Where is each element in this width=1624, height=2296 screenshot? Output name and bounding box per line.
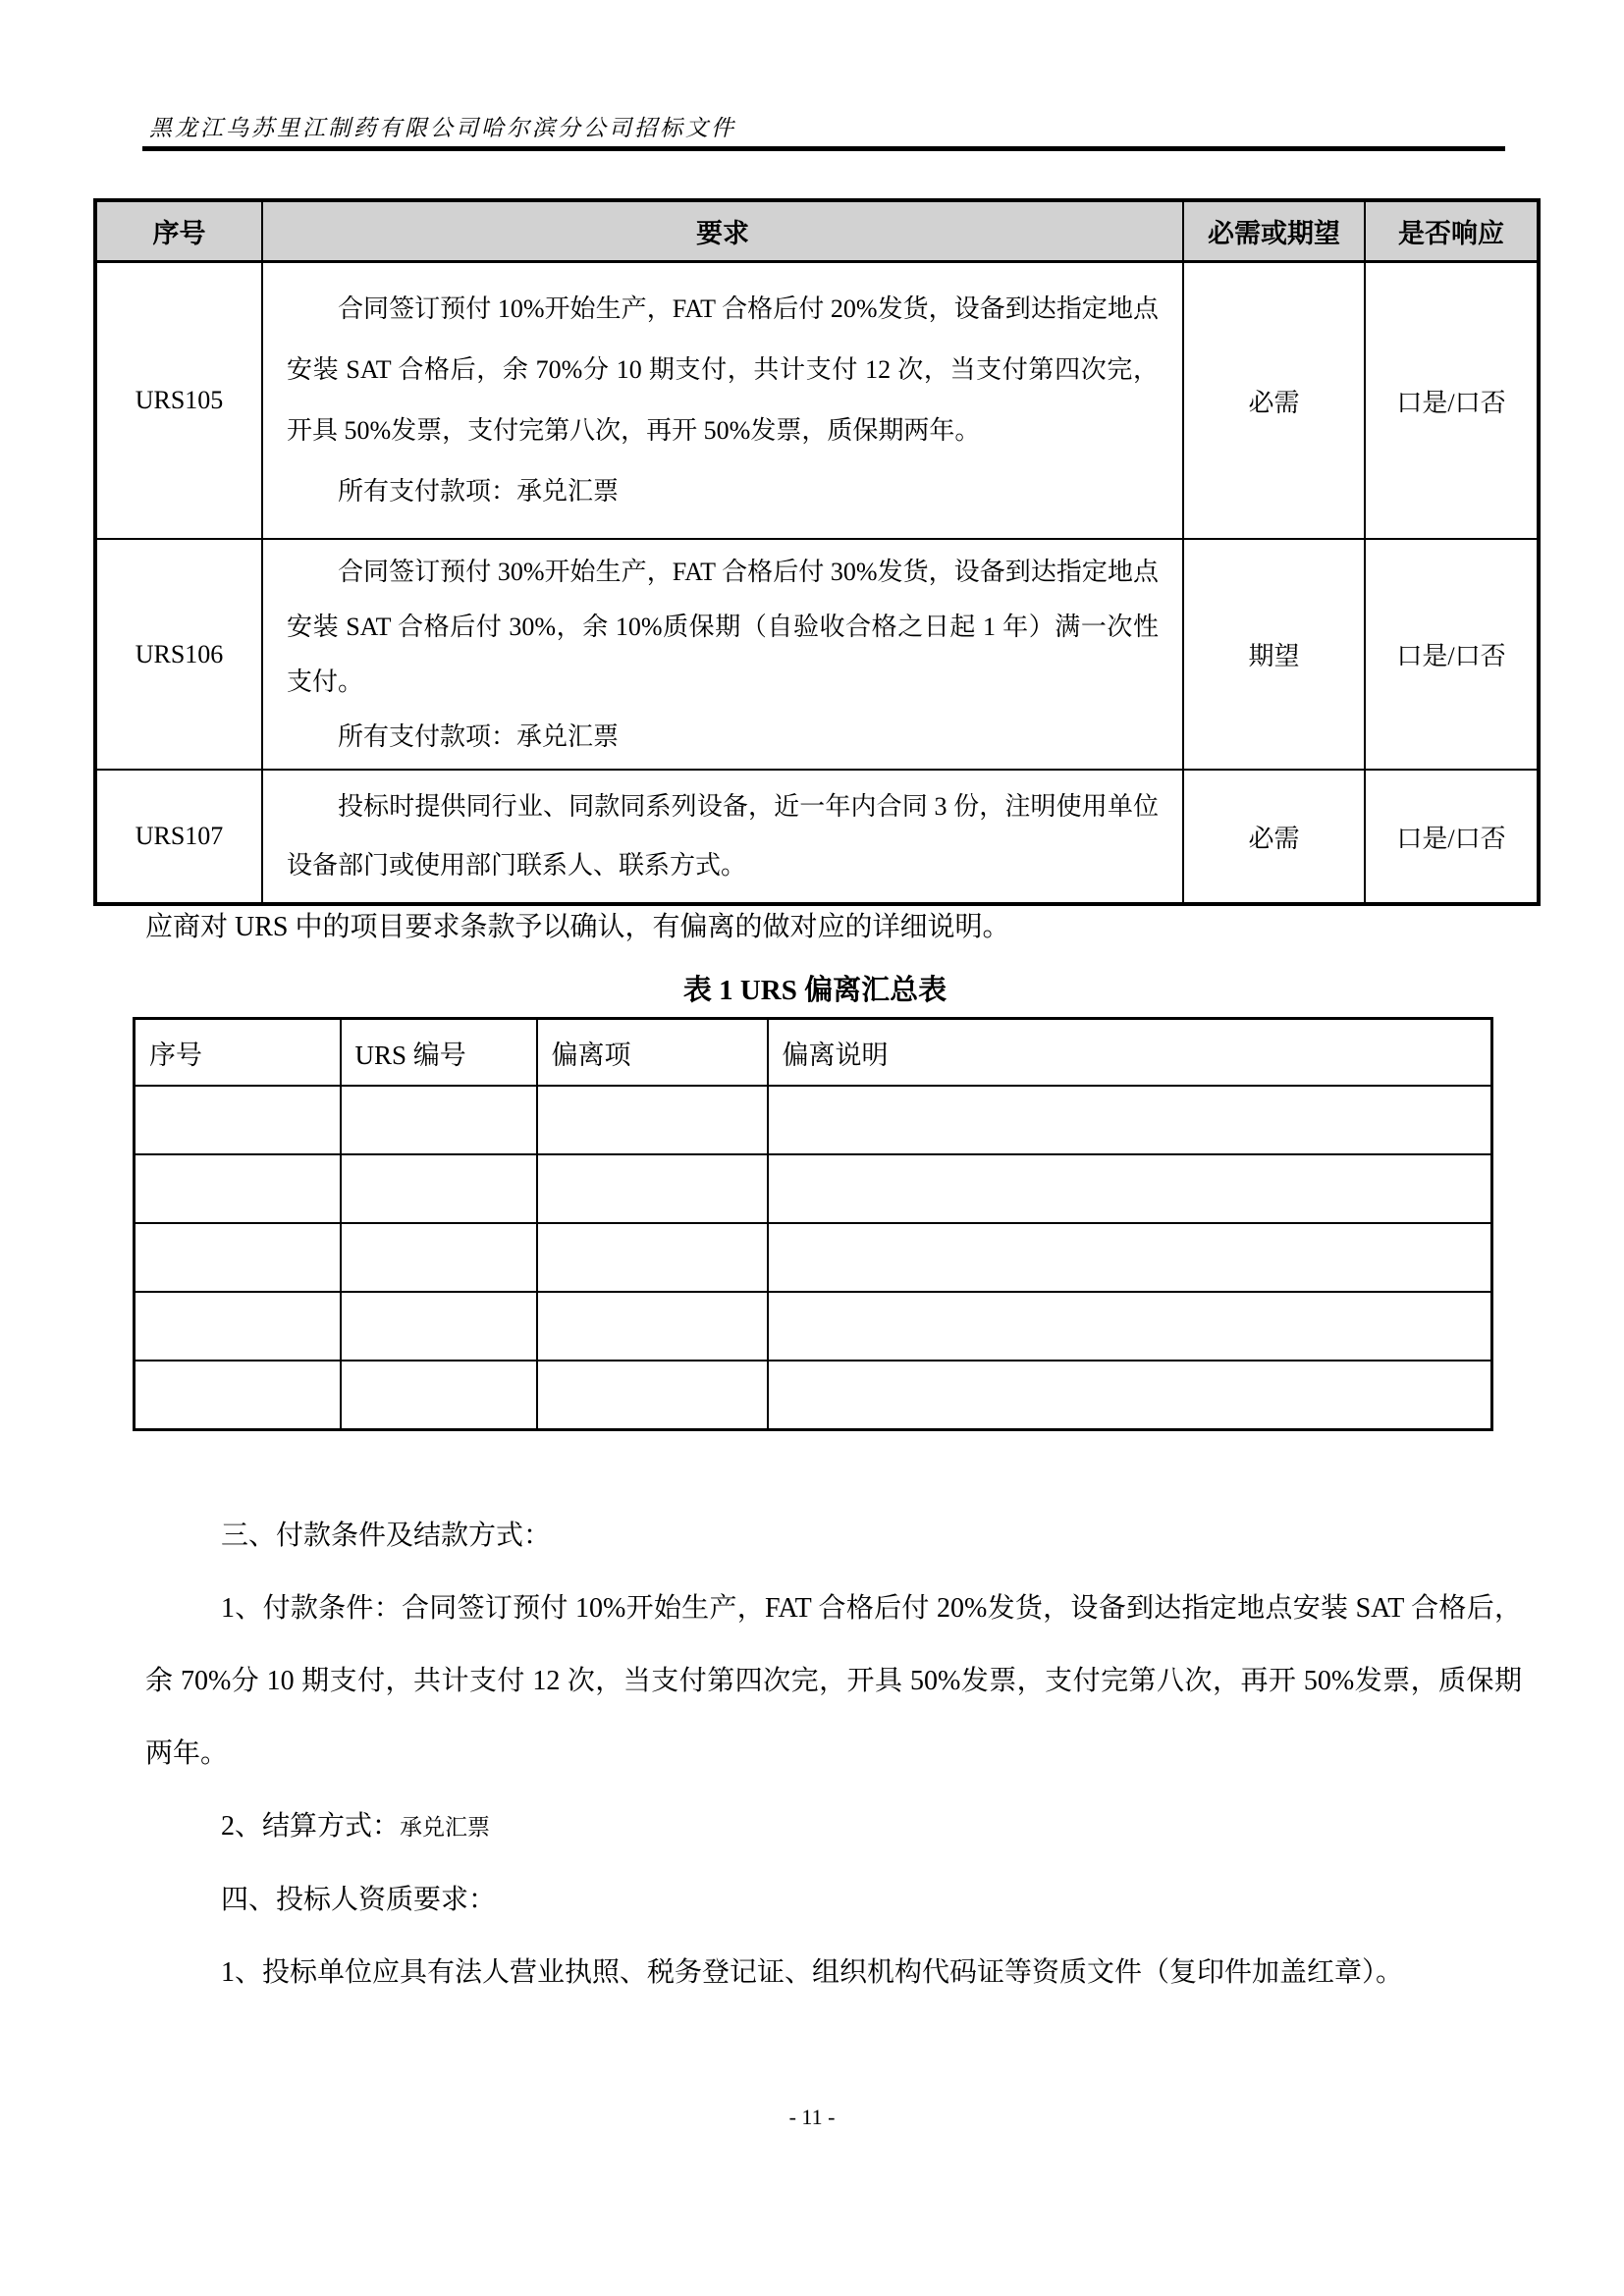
running-header-title: 黑龙江乌苏里江制药有限公司哈尔滨分公司招标文件 (149, 110, 736, 142)
requirement-cell: 合同签订预付 30%开始生产，FAT 合格后付 30%发货，设备到达指定地点安装… (262, 539, 1183, 770)
section-4-heading: 四、投标人资质要求： (145, 1864, 1522, 1937)
header-divider (142, 146, 1505, 151)
column-header-response: 是否响应 (1365, 200, 1539, 262)
column-header-urs-number: URS 编号 (341, 1019, 537, 1087)
response-checkboxes: 口是/口否 (1365, 770, 1539, 904)
settlement-method-value: 承兑汇票 (400, 1815, 490, 1840)
necessity-value: 必需 (1183, 262, 1365, 540)
table-row-urs107: URS107 投标时提供同行业、同款同系列设备，近一年内合同 3 份，注明使用单… (95, 770, 1539, 904)
requirement-cell: 投标时提供同行业、同款同系列设备，近一年内合同 3 份，注明使用单位设备部门或使… (262, 770, 1183, 904)
urs-confirmation-sentence: 应商对 URS 中的项目要求条款予以确认，有偏离的做对应的详细说明。 (145, 905, 1009, 944)
necessity-value: 必需 (1183, 770, 1365, 904)
requirement-text: 投标时提供同行业、同款同系列设备，近一年内合同 3 份，注明使用单位设备部门或使… (287, 777, 1159, 895)
response-checkboxes: 口是/口否 (1365, 262, 1539, 540)
column-header-deviation-item: 偏离项 (537, 1019, 768, 1087)
requirement-text: 合同签订预付 10%开始生产，FAT 合格后付 20%发货，设备到达指定地点安装… (287, 279, 1159, 461)
page-number: - 11 - (0, 2105, 1624, 2130)
column-header-requirement: 要求 (262, 200, 1183, 262)
requirement-note: 所有支付款项：承兑汇票 (287, 710, 1159, 765)
empty-row (135, 1361, 1492, 1430)
urs-id: URS106 (95, 539, 262, 770)
payment-conditions-paragraph: 1、付款条件：合同签订预付 10%开始生产，FAT 合格后付 20%发货，设备到… (145, 1573, 1522, 1790)
necessity-value: 期望 (1183, 539, 1365, 770)
requirement-note: 所有支付款项：承兑汇票 (287, 461, 1159, 522)
requirement-cell: 合同签订预付 10%开始生产，FAT 合格后付 20%发货，设备到达指定地点安装… (262, 262, 1183, 540)
urs-id: URS107 (95, 770, 262, 904)
settlement-method-label: 2、结算方式： (221, 1811, 400, 1842)
table-row-urs105: URS105 合同签订预付 10%开始生产，FAT 合格后付 20%发货，设备到… (95, 262, 1539, 540)
urs-table-header-row: 序号 要求 必需或期望 是否响应 (95, 200, 1539, 262)
payment-terms-section: 三、付款条件及结款方式： 1、付款条件：合同签订预付 10%开始生产，FAT 合… (145, 1500, 1522, 2009)
empty-row (135, 1223, 1492, 1292)
document-page: 黑龙江乌苏里江制药有限公司哈尔滨分公司招标文件 序号 要求 必需或期望 是否响应… (0, 0, 1624, 2296)
column-header-seq: 序号 (135, 1019, 341, 1087)
response-checkboxes: 口是/口否 (1365, 539, 1539, 770)
urs-requirements-table: 序号 要求 必需或期望 是否响应 URS105 合同签订预付 10%开始生产，F… (93, 198, 1541, 906)
column-header-deviation-description: 偏离说明 (768, 1019, 1492, 1087)
urs-deviation-summary-table: 序号 URS 编号 偏离项 偏离说明 (133, 1017, 1493, 1431)
urs-id: URS105 (95, 262, 262, 540)
column-header-seq: 序号 (95, 200, 262, 262)
column-header-necessity: 必需或期望 (1183, 200, 1365, 262)
deviation-table-title: 表 1 URS 偏离汇总表 (93, 968, 1537, 1008)
table-row-urs106: URS106 合同签订预付 30%开始生产，FAT 合格后付 30%发货，设备到… (95, 539, 1539, 770)
settlement-method-paragraph: 2、结算方式：承兑汇票 (145, 1790, 1522, 1864)
bidder-qualification-paragraph: 1、投标单位应具有法人营业执照、税务登记证、组织机构代码证等资质文件（复印件加盖… (145, 1937, 1522, 2009)
requirement-text: 合同签订预付 30%开始生产，FAT 合格后付 30%发货，设备到达指定地点安装… (287, 545, 1159, 710)
section-3-heading: 三、付款条件及结款方式： (145, 1500, 1522, 1573)
deviation-table-header-row: 序号 URS 编号 偏离项 偏离说明 (135, 1019, 1492, 1087)
empty-row (135, 1292, 1492, 1361)
empty-row (135, 1154, 1492, 1223)
empty-row (135, 1086, 1492, 1154)
